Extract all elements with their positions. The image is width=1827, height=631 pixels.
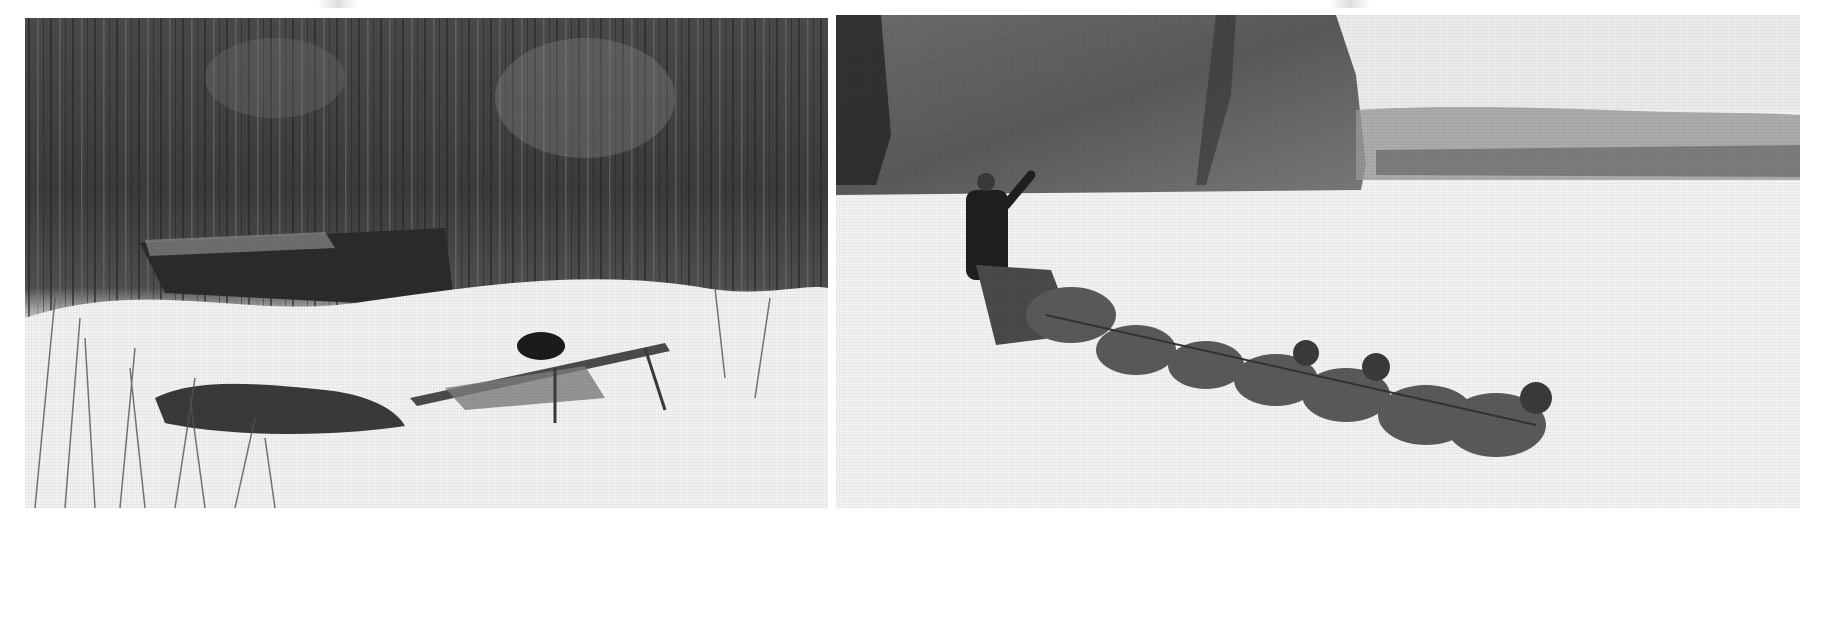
forest-camp-illustration <box>25 18 828 508</box>
photo-dog-sled-team <box>836 15 1800 508</box>
photo-forest-camp <box>25 18 828 508</box>
caption-fragment-right <box>1330 0 1370 8</box>
caption-fragment-left <box>318 0 358 8</box>
dog-sled-illustration <box>836 15 1800 508</box>
